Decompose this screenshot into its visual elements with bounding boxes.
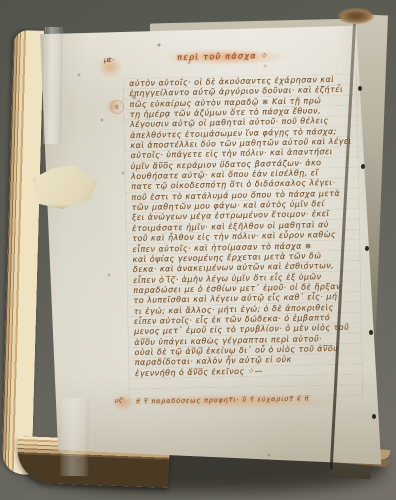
fore-edge-page-stack bbox=[2, 30, 44, 475]
tape-strip-top bbox=[43, 27, 63, 144]
photo-background: περὶ τοῦ πάσχα ⁘ με· ϛ ϛ αὐτὸν αὐτοῖς· ο… bbox=[0, 0, 396, 500]
damaged-corner bbox=[338, 8, 374, 24]
sewing-hole bbox=[369, 330, 373, 335]
tape-strip-bottom bbox=[60, 398, 90, 477]
kephalaion-number: με· ϛ bbox=[100, 57, 118, 65]
kephalaion-number-value: με· bbox=[104, 57, 115, 64]
sewing-hole bbox=[358, 86, 362, 91]
sewing-hole bbox=[361, 164, 365, 169]
subscription-number: μϛ̅· bbox=[115, 397, 124, 404]
foxing-specks bbox=[38, 24, 40, 26]
text-block: αὐτὸν αὐτοῖς· οἱ δὲ ἀκούσαντες ἐχάρησαν … bbox=[129, 74, 367, 379]
margin-lection-mark: ϛ bbox=[110, 100, 124, 114]
sewing-hole bbox=[365, 246, 369, 251]
sewing-hole bbox=[372, 414, 376, 419]
